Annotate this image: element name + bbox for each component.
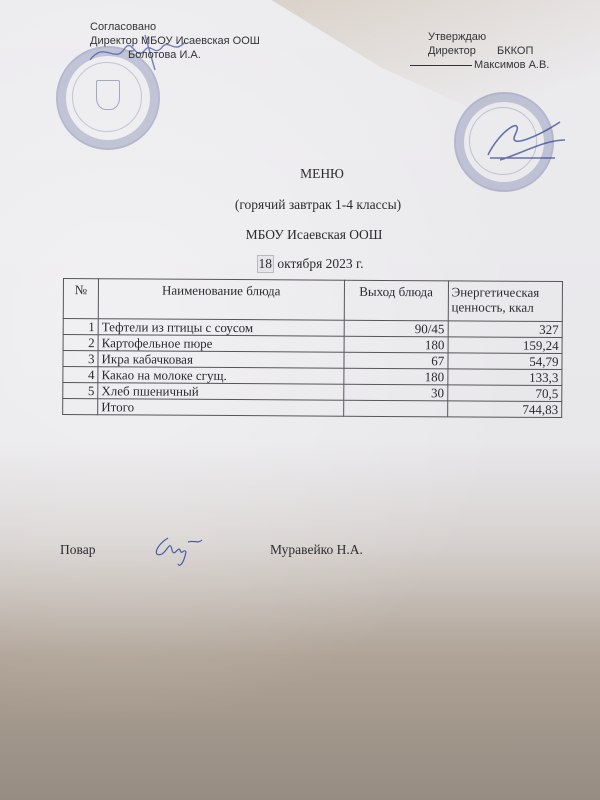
dish-name: Тефтели из птицы с соусом xyxy=(98,319,344,336)
signature-line xyxy=(410,65,472,66)
dish-kcal: 327 xyxy=(448,321,562,338)
col-header-energy: Энергетическая ценность, ккал xyxy=(448,281,562,322)
cook-name: Муравейко Н.А. xyxy=(270,542,363,558)
dish-name: Икра кабачковая xyxy=(98,351,344,368)
dish-output: 180 xyxy=(343,368,447,385)
col-header-number: № xyxy=(63,279,98,319)
page-title: МЕНЮ xyxy=(0,166,600,182)
approve-label: Утверждаю xyxy=(424,30,549,44)
dish-kcal: 54,79 xyxy=(448,353,562,370)
table-header-row: № Наименование блюда Выход блюда Энергет… xyxy=(63,279,562,322)
approval-director: Директор МБОУ Исаевская ООШ xyxy=(90,34,260,48)
dish-kcal: 159,24 xyxy=(448,337,562,354)
menu-table: № Наименование блюда Выход блюда Энергет… xyxy=(62,278,563,418)
row-number: 4 xyxy=(63,367,98,383)
approve-role: Директор xyxy=(428,45,476,57)
col-header-dish-name: Наименование блюда xyxy=(98,279,344,320)
dish-output: 30 xyxy=(343,384,447,401)
approve-director: Директор БККОП xyxy=(424,44,549,58)
row-number: 2 xyxy=(63,335,98,351)
approval-signatory: Болотова И.А. xyxy=(90,48,260,62)
col-header-output: Выход блюда xyxy=(344,280,448,321)
approval-block-left: Согласовано Директор МБОУ Исаевская ООШ … xyxy=(90,20,260,62)
school-name: МБОУ Исаевская ООШ xyxy=(0,227,600,243)
dish-kcal: 133,3 xyxy=(448,369,562,386)
approve-signatory: Максимов А.В. xyxy=(410,58,549,72)
dish-output: 67 xyxy=(344,352,448,369)
coat-of-arms-icon xyxy=(96,80,120,110)
dish-kcal: 70,5 xyxy=(448,385,562,402)
approve-org: БККОП xyxy=(497,45,533,57)
menu-date: 18 октября 2023 г. xyxy=(0,255,600,273)
cook-signature xyxy=(148,530,208,570)
dish-name: Картофельное пюре xyxy=(98,335,344,352)
row-number: 3 xyxy=(63,351,98,367)
dish-name: Какао на молоке сгущ. xyxy=(98,367,344,384)
date-day: 18 xyxy=(257,255,275,273)
row-number: 5 xyxy=(63,383,98,399)
signature-right xyxy=(470,110,580,170)
dish-output: 180 xyxy=(344,336,448,353)
total-label: Итого xyxy=(98,399,344,416)
date-month-year: октября 2023 г. xyxy=(277,256,363,271)
approval-block-right: Утверждаю Директор БККОП Максимов А.В. xyxy=(424,30,549,72)
dish-name: Хлеб пшеничный xyxy=(98,383,344,400)
approval-label: Согласовано xyxy=(90,20,260,34)
total-kcal: 744,83 xyxy=(447,401,561,418)
row-number: 1 xyxy=(63,319,98,335)
table-total-row: Итого 744,83 xyxy=(63,399,562,418)
cook-role: Повар xyxy=(60,542,95,558)
page-subtitle: (горячий завтрак 1-4 классы) xyxy=(0,197,600,213)
dish-output: 90/45 xyxy=(344,320,448,337)
